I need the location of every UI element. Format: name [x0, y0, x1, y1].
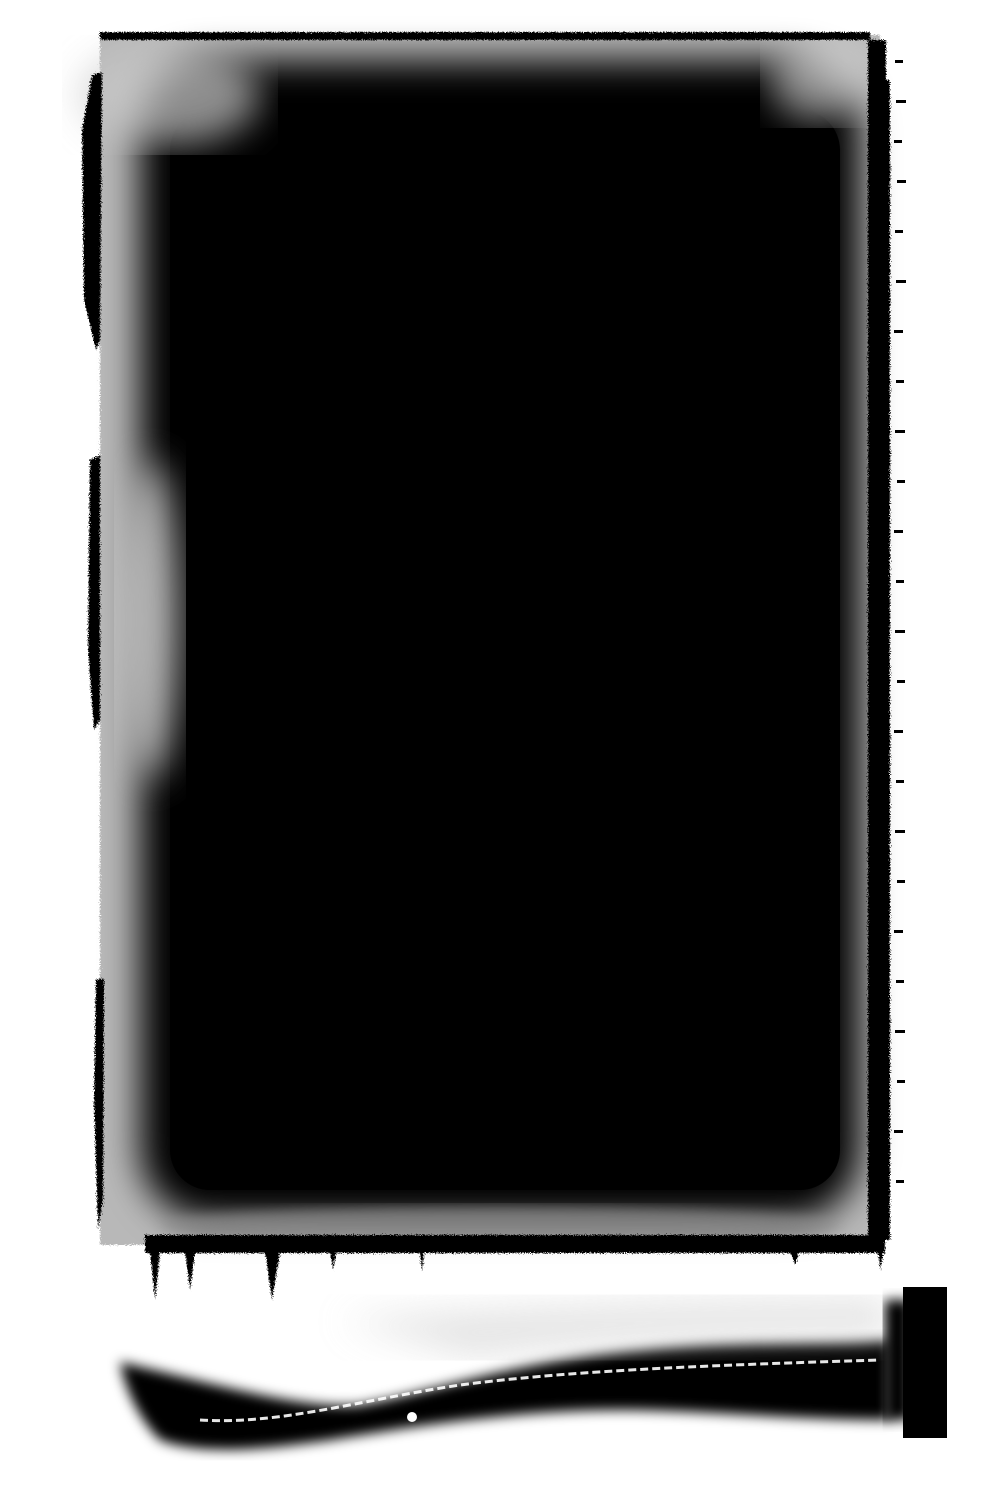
top-edge [100, 32, 870, 40]
film-frame-texture [0, 0, 1000, 1500]
right-border [868, 40, 890, 1240]
film-frame-art [0, 0, 1000, 1500]
dark-center [80, 40, 870, 1243]
pull-tab-block [885, 1287, 947, 1438]
bottom-smear [120, 1300, 890, 1449]
bottom-bar [145, 1235, 885, 1300]
right-drips [894, 60, 906, 1183]
